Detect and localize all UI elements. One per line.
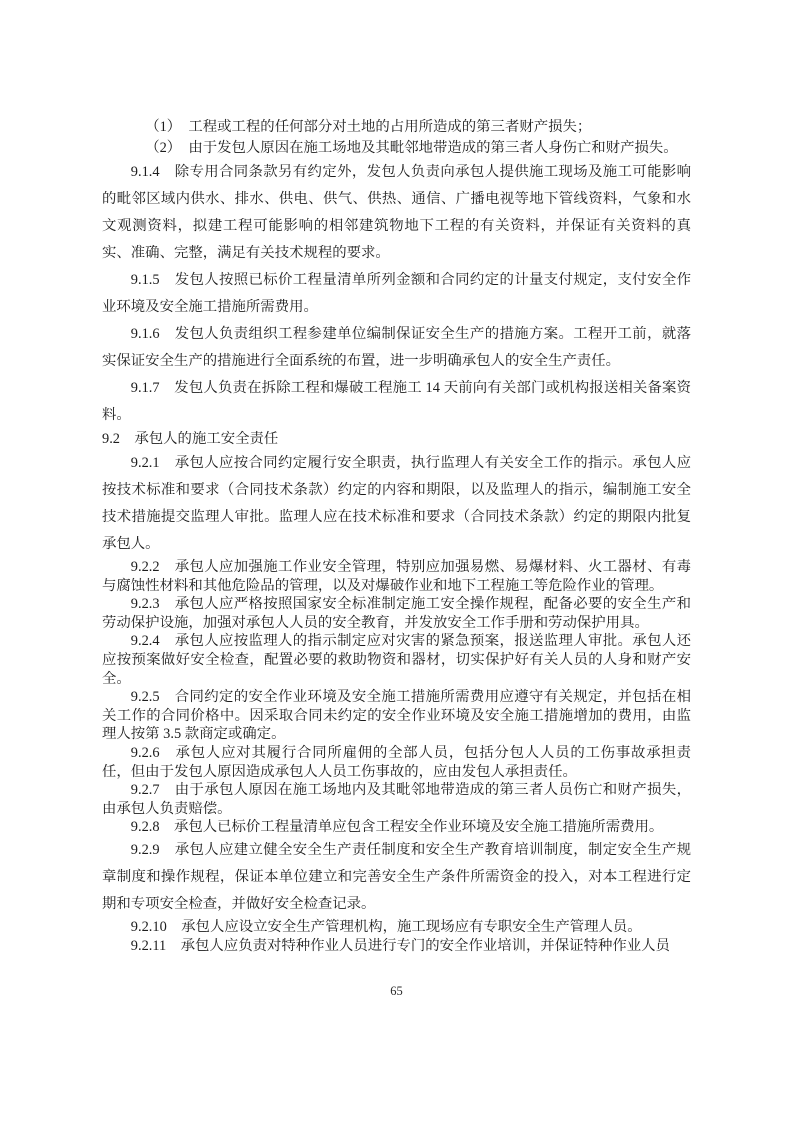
clause-9-2-10-paragraph: 9.2.10 承包人应设立安全生产管理机构，施工现场应有专职安全生产管理人员。 [102, 918, 691, 937]
clause-9-2-6-paragraph: 9.2.6 承包人应对其履行合同所雇佣的全部人员，包括分包人人员的工伤事故承担责… [102, 744, 691, 781]
clause-9-2-11-paragraph: 9.2.11 承包人应负责对特种作业人员进行专门的安全作业培训，并保证特种作业人… [102, 937, 691, 956]
document-body: （1） 工程或工程的任何部分对土地的占用所造成的第三者财产损失； （2） 由于发… [102, 117, 691, 955]
clause-9-2-7-paragraph: 9.2.7 由于承包人原因在施工场地内及其毗邻地带造成的第三者人员伤亡和财产损失… [102, 781, 691, 818]
clause-9-2-3-paragraph: 9.2.3 承包人应严格按照国家安全标准制定施工安全操作规程，配备必要的安全生产… [102, 595, 691, 632]
clause-9-2-2-paragraph: 9.2.2 承包人应加强施工作业安全管理，特别应加强易燃、易爆材料、火工器材、有… [102, 558, 691, 595]
clause-9-1-4-paragraph: 9.1.4 除专用合同条款另有约定外，发包人负责向承包人提供施工现场及施工可能影… [102, 159, 691, 267]
list-item-2: （2） 由于发包人原因在施工场地及其毗邻地带造成的第三者人身伤亡和财产损失。 [102, 138, 691, 159]
clause-9-1-7-paragraph: 9.1.7 发包人负责在拆除工程和爆破工程施工 14 天前向有关部门或机构报送相… [102, 375, 691, 429]
clause-9-1-6-paragraph: 9.1.6 发包人负责组织工程参建单位编制保证安全生产的措施方案。工程开工前，就… [102, 321, 691, 375]
clause-9-2-1-paragraph: 9.2.1 承包人应按合同约定履行安全职责，执行监理人有关安全工作的指示。承包人… [102, 450, 691, 558]
document-page: （1） 工程或工程的任何部分对土地的占用所造成的第三者财产损失； （2） 由于发… [0, 0, 793, 1122]
clause-9-2-8-paragraph: 9.2.8 承包人已标价工程量清单应包含工程安全作业环境及安全施工措施所需费用。 [102, 818, 691, 837]
clause-9-2-9-paragraph: 9.2.9 承包人应建立健全安全生产责任制度和安全生产教育培训制度，制定安全生产… [102, 837, 691, 918]
clause-9-2-4-paragraph: 9.2.4 承包人应按监理人的指示制定应对灾害的紧急预案，报送监理人审批。承包人… [102, 632, 691, 688]
clause-9-2-5-paragraph: 9.2.5 合同约定的安全作业环境及安全施工措施所需费用应遵守有关规定，并包括在… [102, 688, 691, 744]
list-item-1: （1） 工程或工程的任何部分对土地的占用所造成的第三者财产损失； [102, 117, 691, 138]
page-number: 65 [0, 984, 793, 999]
section-9-2-heading: 9.2 承包人的施工安全责任 [102, 429, 691, 450]
clause-9-1-5-paragraph: 9.1.5 发包人按照已标价工程量清单所列金额和合同约定的计量支付规定，支付安全… [102, 267, 691, 321]
